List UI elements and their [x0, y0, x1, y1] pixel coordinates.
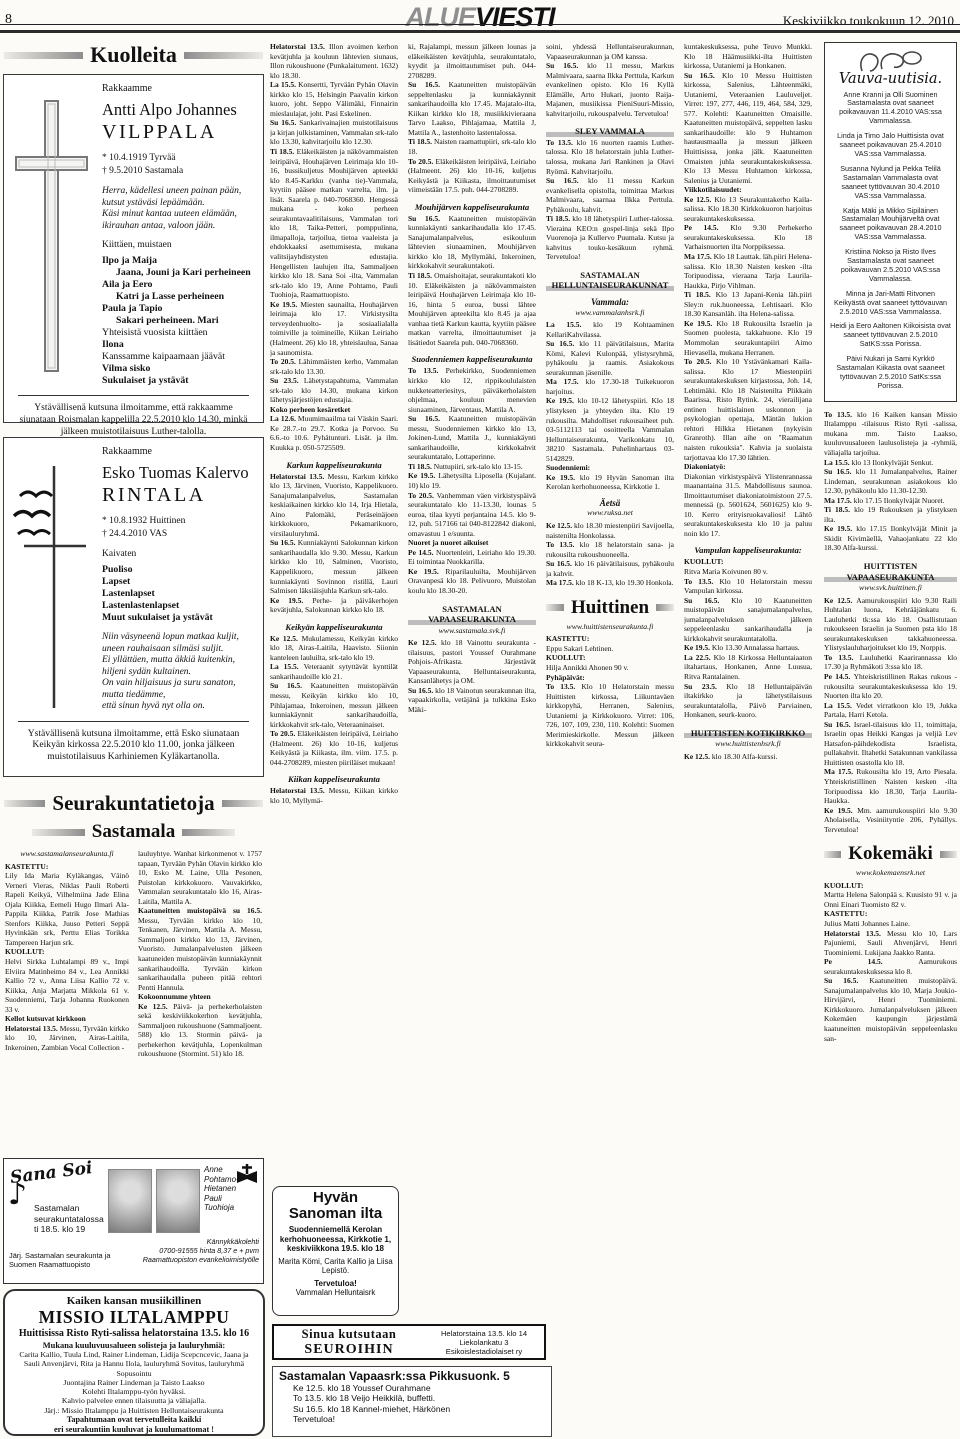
portrait-photo-anne [108, 1169, 152, 1233]
text-paragraph: Eppu Sakari Lehtinen. [546, 644, 674, 654]
obit-first-names: Antti Alpo Johannes [102, 100, 253, 120]
event-paragraph: Helatorstai 13.5. Messu, Karkun kirkko k… [270, 472, 398, 539]
missio-soloists: Carita Kallio, Tuula Lind, Rainer Lindem… [5, 1350, 263, 1378]
event-paragraph: To 20.5. Vanhemman väen virkistyspäivä s… [408, 491, 536, 539]
event-date-lead: Pe 14.5. [824, 957, 918, 966]
obit-dates: * 10.4.1919 Tyrvää † 9.5.2010 Sastamala [102, 152, 253, 178]
locality-heading: Vammala: [546, 298, 674, 308]
hyvan-title-1: Hyvän [273, 1190, 398, 1206]
vauva-title: Vauva-uutisia. [830, 75, 951, 85]
event-date-lead: To 13.5. [824, 653, 860, 662]
event-paragraph: Su 16.5. Sankarivainajien muistotilaisuu… [270, 118, 398, 147]
event-paragraph: Kaatuneitten muistopäivä su 16.5. Messu,… [138, 906, 262, 992]
event-date-lead: Pe 14.5. [408, 548, 436, 557]
missio-iltalamppu-ad: Kaiken kansan musiikillinen MISSIO ILTAL… [3, 1289, 265, 1436]
event-paragraph: Ke 12.5. klo 18.30 miestenpiiri Savijoel… [546, 521, 674, 540]
hyvan-venue: Suodenniemellä Kerolan kerhohuoneessa, K… [273, 1225, 398, 1254]
event-date-lead: Ti 18.5. [824, 505, 854, 514]
event-date-lead: Ke 12.5. [824, 596, 856, 605]
seuroihin-organizer: Esikoislestadiolaiset ry [424, 1347, 544, 1356]
event-date-lead: Su 16.5. [408, 80, 449, 89]
event-paragraph: Ke 19.5. Mm. aamurukouspiiri klo 9.30 Ah… [824, 806, 957, 835]
event-paragraph: Su 23.5. Lähetystapahtuma, Vammalan srk-… [270, 376, 398, 405]
event-paragraph: Helatorstai 13.5. Messu, Kiikan kirkko k… [270, 786, 398, 805]
event-date-lead: Helatorstai 13.5. [5, 1024, 60, 1033]
seuroihin-line-1: Sinua kutsutaan [274, 1327, 424, 1342]
bold-subheading: Kellot kutsuvat kirkkoon [5, 1014, 129, 1024]
header-rule-thin [0, 24, 960, 25]
text-line: To 13.5. klo 18 Veijo Heikkilä, buffetti… [279, 1393, 545, 1403]
birth-announcement: Päivi Nukari ja Sami Kyrkkö Sastamalan K… [830, 355, 951, 391]
event-paragraph: Ti 18.5. klo 18 lähetyspiiri Luther-talo… [546, 214, 674, 262]
hyvan-performers: Marita Kömi, Carita Kallio ja Liisa Lepi… [273, 1257, 398, 1276]
event-paragraph: To 13.5. klo 16 Kaiken kansan Missio Ilt… [824, 410, 957, 458]
text-line: 0700-91555 hinta 8,37 e + pvm [109, 1246, 259, 1255]
bold-subheading: Viikkotilaisuudet: [684, 185, 812, 195]
text-paragraph: lauluyhtye. Wanhat kirkonmenot v. 1757 t… [138, 849, 262, 906]
event-paragraph: To 13.5. klo 16 nuorten raamis Luther-ta… [546, 138, 674, 176]
mourner-line: Muut sukulaiset ja ystävät [102, 612, 253, 624]
text-line: ti 18.5. klo 19 [34, 1224, 104, 1235]
register-label: KUOLLUT: [5, 947, 129, 957]
event-date-lead: La 15.5. [546, 320, 593, 329]
event-paragraph: Pe 14.5. Yhteiskristillinen Rakas rukous… [824, 672, 957, 701]
event-date-lead: To 20.5. [684, 357, 716, 366]
event-date-lead: Ti 18.5. [684, 290, 716, 299]
event-paragraph: La 15.5. Veteraanit sytyttävät kynttilät… [270, 662, 398, 681]
event-paragraph: Ke 19.5. klo 19 Hyvän Sanoman ilta Kerol… [546, 473, 674, 492]
obit-died: † 24.4.2010 VAS [102, 528, 253, 541]
chapel-heading: Karkun kappeliseurakunta [270, 460, 398, 470]
event-date-lead: Ke 19.5. [408, 471, 438, 480]
text-paragraph: kuntakeskuksessa, puhe Teuvo Munkki. Klo… [684, 42, 812, 71]
event-paragraph: To 13.5. Perhekirkko, Suodenniemen kirkk… [408, 366, 536, 414]
newspaper-page: 8 ALUEVIESTI Keskiviikko toukokuun 12. 2… [0, 0, 960, 1439]
mourner-line: Ilona [102, 339, 253, 351]
obit-died: † 9.5.2010 Sastamala [102, 165, 253, 178]
mourner-line: Lastenlapset [102, 588, 253, 600]
birth-announcement: Linda ja Timo Jalo Huittisista ovat saan… [830, 132, 951, 159]
verse-line: että sinun hyvä nyt olla on. [102, 701, 253, 713]
mourner-line: Ilpo ja Maija [102, 255, 253, 267]
event-date-lead: Su 16.5. [684, 71, 722, 80]
obit-dear-label: Rakkaamme [102, 446, 253, 457]
event-paragraph: Ke 12.5. klo 18 Vainottu seurakunta -til… [408, 638, 536, 686]
event-paragraph: To 13.5. Klo 10 Helatorstain messu Vampu… [684, 577, 812, 596]
event-date-lead: Ti 18.5. [408, 137, 434, 146]
missio-kolehti: Kolehti Iltalamppu-työn hyväksi. [5, 1387, 263, 1396]
missio-lineup-label: Mukana kuuluvuusalueen solisteja ja laul… [5, 1341, 263, 1350]
event-paragraph: Helatorstai 13.5. Messu, Tyrvään kirkko … [5, 1024, 129, 1053]
announcements-column-1: Helatorstai 13.5. Illon avoimen kerhon k… [270, 42, 398, 1182]
locality-heading: Äetsä [546, 499, 674, 509]
obit-family-list: Ilpo ja MaijaJaana, Jouni ja Kari perhei… [102, 255, 253, 387]
page-header: 8 ALUEVIESTI Keskiviikko toukokuun 12. 2… [0, 0, 960, 34]
event-paragraph: Ma 17.5. klo 17.15 Ilonkylväjät Nuoret. [824, 496, 957, 506]
event-paragraph: Ke 19.5. Lähetysilta Liposella (Kujalant… [408, 471, 536, 490]
event-paragraph: Ke 19.5. klo 10-12 lähetyspiiri. Klo 18 … [546, 396, 674, 463]
event-date-lead: Ke 12.5. [138, 1002, 173, 1011]
event-paragraph: Ke 12.5. Klo 13 Seurakuntakerho Kaila-sa… [684, 195, 812, 224]
obit-last-name: RINTALA [102, 484, 253, 507]
event-paragraph: Su 16.5. klo 16 päivätilaisuus, pyhäkoul… [546, 559, 674, 578]
obit-born: * 10.8.1932 Huittinen [102, 515, 253, 528]
verse-line: kutsut ystäväsi lepäämään. [102, 198, 253, 210]
event-date-lead: Pe 14.5. [824, 672, 854, 681]
obituary-rintala: Rakkaamme Esko Tuomas Kalervo RINTALA * … [3, 437, 264, 777]
obituary-vilppala: Rakkaamme Antti Alpo Johannes VILPPALA *… [3, 74, 264, 423]
event-paragraph: To 20.5. Lähimmäisten kerho, Vammalan sr… [270, 357, 398, 376]
register-label: KASTETTU: [546, 634, 674, 644]
vapaasrk-welcome: Tervetuloa! [279, 1414, 545, 1424]
event-paragraph: La 15.5. klo 19 Kohtaaminen KellariKahvi… [546, 320, 674, 339]
missio-organizer: Järj.: Missio Iltalamppu ja Huittisten H… [5, 1406, 263, 1415]
event-date-lead: Ke 12.5. [270, 634, 302, 643]
mourner-line: Sakari perheineen. Mari [102, 315, 253, 327]
obit-missing-label: Kaivaten [102, 549, 253, 559]
mourner-line: Paula ja Tapio [102, 303, 253, 315]
obit-verse: Niin väsyneenä lopun matkaa kuljit,uneen… [102, 632, 253, 713]
text-paragraph: Martta Helena Salonpää s. Kuusisto 91 v.… [824, 890, 957, 909]
verse-line: On vain hiljaisuus ja suru sanaton, [102, 678, 253, 690]
mourner-line: Yhteisistä vuosista kiittäen [102, 327, 253, 339]
text-paragraph: soini, yhdessä Helluntaiseurakunnan, Vap… [546, 42, 674, 61]
register-label: KASTETTU: [5, 862, 129, 872]
event-date-lead: Ke 19.5. [270, 300, 300, 309]
event-paragraph: Ti 18.5. klo 19 Rukouksen ja ylistyksen … [824, 505, 957, 524]
website-line: www.huittistenhsrk.fi [684, 739, 812, 749]
event-date-lead: To 13.5. [684, 577, 719, 586]
event-date-lead: Ke 19.5. [684, 643, 712, 652]
header-rule-thick [0, 30, 960, 33]
obit-divider [18, 395, 249, 396]
event-paragraph: Ke 19.5. klo 17.15 Ilonkylväjät Minit ja… [824, 524, 957, 553]
event-date-lead: To 20.5. [408, 157, 436, 166]
sastamala-text-columns: www.sastamalanseurakunta.fiKASTETTU:Lily… [2, 849, 265, 1059]
event-date-lead: La 22.5. [684, 653, 714, 662]
verse-line: ikirauhan antaa, valoon jään. [102, 221, 253, 233]
text-line: Ke 12.5. klo 18 Youssef Ourahmane [279, 1383, 545, 1393]
event-date-lead: Ke 19.5. [684, 319, 716, 328]
text-paragraph: Lily Ida Maria Kyläkangas, Väinö Verneri… [5, 871, 129, 947]
event-date-lead: La 15.5. [270, 80, 298, 89]
event-date-lead: Su 23.5. [270, 376, 304, 385]
verse-line: uneen rauhaisaan silmäsi suljit. [102, 644, 253, 656]
event-paragraph: Ke 12.5. Mukulamessu, Keikyän kirkko klo… [270, 634, 398, 663]
event-date-lead: Ke 19.5. [546, 396, 578, 405]
event-paragraph: Pe 14.5. Klo 9.30 Perhekerho seurakuntak… [684, 223, 812, 252]
seuroihin-details: Helatorstaina 13.5. klo 14 Liekolankatu … [424, 1329, 544, 1356]
event-date-lead: Su 16.5. [270, 681, 311, 690]
bold-subheading: Diakoniatyö: [684, 462, 812, 472]
church-book-logo-icon [234, 1163, 260, 1187]
bold-subheading: Koko perheen kesäretket [270, 405, 398, 415]
event-paragraph: Ma 17.5. klo 18 K-13, klo 19.30 Honkola. [546, 578, 674, 588]
event-date-lead: Ti 18.5. [408, 271, 434, 280]
event-date-lead: La 15.5. [270, 662, 304, 671]
event-date-lead: La 12.6. [270, 414, 298, 423]
event-date-lead: Ke 19.5. [270, 596, 312, 605]
event-date-lead: Ti 18.5. [546, 214, 572, 223]
event-paragraph: Pe 14.5. Aamurukous seurakuntakeskuksess… [824, 957, 957, 976]
event-paragraph: Su 16.5. Klo 10 Kaatuneitten muistopäivä… [684, 596, 812, 644]
chapel-heading: Kiikan kappeliseurakunta [270, 774, 398, 784]
chapel-heading: Vampulan kappeliseurakunta: [684, 545, 812, 555]
cross-3d-icon [12, 95, 94, 375]
event-date-lead: Ma 17.5. [824, 767, 856, 776]
event-date-lead: La 15.5. [824, 458, 852, 467]
seuroihin-ad: Sinua kutsutaan SEUROIHIN Helatorstaina … [272, 1324, 546, 1360]
seurakuntatietoja-section-header: Seurakuntatietoja [4, 791, 263, 816]
right-column-text: To 13.5. klo 16 Kaiken kansan Missio Ilt… [824, 410, 957, 1043]
missio-welcome-1: Tapahtumaan ovat tervetulleita kaikki [5, 1415, 263, 1425]
event-date-lead: Helatorstai 13.5. [824, 929, 887, 938]
vapaasrk-header: Sastamalan Vapaasrk:ssa Pikkusuonk. 5 [279, 1369, 545, 1383]
event-date-lead: To 13.5. [408, 366, 446, 375]
seuroihin-title: Sinua kutsutaan SEUROIHIN [274, 1327, 424, 1358]
website-line: www.vammalanhsrk.fi [546, 308, 674, 318]
event-date-lead: To 13.5. [546, 138, 577, 147]
event-paragraph: Pe 14.5. Nuortenleiri, Leiriaho klo 19.3… [408, 548, 536, 567]
kuolleita-title: Kuolleita [90, 42, 177, 68]
seurakuntatietoja-title: Seurakuntatietoja [52, 791, 214, 816]
event-date-lead: To 20.5. [408, 491, 437, 500]
sana-soi-logo: Sana Soi [9, 1158, 93, 1188]
text-paragraph: Julius Matti Johannes Laine. [824, 919, 957, 929]
issue-date: Keskiviikko toukokuun 12. 2010 [783, 13, 954, 29]
event-date-lead: Su 16.5. [546, 559, 574, 568]
hyvan-organizer: Vammalan Helluntaisrk [273, 1288, 398, 1298]
event-date-lead: To 13.5. [824, 410, 857, 419]
announcements-column-2: ki, Rajalampi, messun jälkeen lounas ja … [408, 42, 536, 1318]
event-date-lead: Ma 17.5. [546, 377, 586, 386]
event-date-lead: Ke 19.5. [408, 567, 445, 576]
event-paragraph: To 20.5. Eläkeikäisten leiripäivä, Leiri… [408, 157, 536, 195]
event-date-lead: Ma 17.5. [546, 578, 576, 587]
seuroihin-where: Liekolankatu 3 [424, 1338, 544, 1347]
event-paragraph: Ke 19.5. Perhe- ja päiväkerhojen kevätju… [270, 596, 398, 615]
event-paragraph: Ke 19.5. Klo 13.30 Annalassa hartaus. [684, 643, 812, 653]
mourner-line: Sukulaiset ja ystävät [102, 375, 253, 387]
birth-announcement: Katja Mäki ja Mikko Sipiläinen Sastamala… [830, 207, 951, 243]
event-date-lead: Ke 12.5. [408, 638, 441, 647]
event-paragraph: Ma 17.5. Klo 18 Lauttak. läh.piiri Helen… [684, 252, 812, 290]
sastamala-left-column: www.sastamalanseurakunta.fiKASTETTU:Lily… [5, 849, 129, 1059]
text-line: Sastamalan [34, 1203, 104, 1214]
mourner-line: Lapset [102, 576, 253, 588]
region-heading: Huittinen [546, 597, 674, 619]
event-date-lead: Helatorstai 13.5. [270, 472, 328, 481]
obit-family-list: PuolisoLapsetLastenlapsetLastenlastenlap… [102, 564, 253, 624]
bold-subheading: Pyhäpäivät: [546, 673, 674, 683]
event-date-lead: To 13.5. [546, 682, 581, 691]
organization-heading: HUITTISTEN VAPAASEURAKUNTA [824, 561, 957, 582]
logo-part-2: VIESTI [475, 2, 555, 32]
event-paragraph: To 13.5. Lauluhetki Kaarirannassa klo 17… [824, 653, 957, 672]
verse-line: mutta tiedämme, [102, 690, 253, 702]
obit-born: * 10.4.1919 Tyrvää [102, 152, 253, 165]
event-paragraph: Su 16.5. Klo 10 Messu Huittisten kirkoss… [684, 71, 812, 186]
event-paragraph: To 13.5. Klo 10 Helatorstain messu Huitt… [546, 682, 674, 749]
vauva-uutisia-box: Vauva-uutisia. Anne Kranni ja Olli Suomi… [824, 42, 957, 402]
verse-line: Niin väsyneenä lopun matkaa kuljit, [102, 632, 253, 644]
event-paragraph: Ke 19.5. Riparilauluilta, Mouhijärven Or… [408, 567, 536, 596]
sastamala-region-header: Sastamala [32, 821, 235, 843]
event-paragraph: Ke 12.5. Aamurukouspiiri klo 9.30 Raili … [824, 596, 957, 653]
event-date-lead: Ke 19.5. [546, 473, 580, 482]
event-date-lead: Su 16.5. [546, 339, 579, 348]
hyvan-title-2: Sanoman ilta [273, 1206, 398, 1222]
missio-venue: Huittisissa Risto Ryti-salissa helatorst… [5, 1328, 263, 1339]
text-line: Tuohioja [204, 1203, 239, 1213]
obit-thanking: Kiittäen, muistaen [102, 240, 253, 250]
announcements-column-3: soini, yhdessä Helluntaiseurakunnan, Vap… [546, 42, 674, 1437]
text-line: Kännykkäkolehti [109, 1237, 259, 1246]
event-paragraph: Su 16.5. klo 18 Vainotun seurakunnan ilt… [408, 686, 536, 715]
text-line: seurakuntatalossa [34, 1214, 104, 1225]
mourner-line: Vilma sisko [102, 363, 253, 375]
event-paragraph: Su 16.5. klo 11 Jumalanpalvelus, Rainer … [824, 467, 957, 496]
logo-part-1: ALUE [405, 2, 475, 32]
event-paragraph: Helatorstai 13.5. Illon avoimen kerhon k… [270, 42, 398, 80]
mourner-line: Lastenlastenlapset [102, 600, 253, 612]
event-paragraph: Ti 18.5. Klo 13 Japani-Kenia läh.piiri S… [684, 290, 812, 319]
missio-welcome-2: eri seurakuntiin kuuluvat ja kuulumattom… [5, 1425, 263, 1435]
event-date-lead: Su 16.5. [546, 61, 587, 70]
obit-verse: Herra, kädellesi uneen painan pään,kutsu… [102, 186, 253, 232]
obit-dear-label: Rakkaamme [102, 83, 253, 94]
text-paragraph: ki, Rajalampi, messun jälkeen lounas ja … [408, 42, 536, 80]
event-paragraph: Ke 12.5. klo 18.30 Alfa-kurssi. [684, 752, 812, 762]
event-date-lead: Pe 14.5. [684, 223, 730, 232]
birth-announcement: Heidi ja Eero Aaltonen Kiikoisista ovat … [830, 322, 951, 349]
event-paragraph: Su 16.5. Kaatuneitten muistopäivä. Sanaj… [824, 976, 957, 1043]
verse-line: Käsi minut kantaa uuteen elämään, [102, 209, 253, 221]
event-date-lead: Su 16.5. [408, 214, 449, 223]
event-date-lead: Su 16.5. [408, 686, 435, 695]
portrait-photo-pauli [156, 1169, 200, 1233]
register-label: KASTETTU: [824, 909, 957, 919]
event-paragraph: Ma 17.5. klo 17.30-18 Tuikekuoron harjoi… [546, 377, 674, 396]
text-line: Järj. Sastamalan seurakunta ja [9, 1251, 110, 1260]
event-paragraph: Su 16.5. Kaatuneitten muistopäivän kunni… [408, 214, 536, 271]
event-paragraph: Ke 12.5. Päivä- ja perhekerholaisten sek… [138, 1002, 262, 1059]
seuroihin-line-2: SEUROIHIN [274, 1342, 424, 1358]
mourner-line: Jaana, Jouni ja Kari perheineen [102, 267, 253, 279]
organization-heading: SASTAMALAN VAPAASEURAKUNTA [408, 604, 536, 625]
event-date-lead: Ke 12.5. [546, 521, 574, 530]
sana-soi-ad: ♪ Sana Soi Sastamalanseurakuntatalossati… [3, 1158, 264, 1284]
text-paragraph: Helvi Sirkka Luhtalampi 89 v., Impi Elvi… [5, 957, 129, 1014]
event-paragraph: Su 16.5. Kaatuneitten muistopäivän seppe… [408, 80, 536, 137]
event-paragraph: Su 16.5. Kaatuneitten muistopäivän messu… [270, 681, 398, 729]
event-paragraph: Su 16.5. Kaatuneitten muistopäivän messu… [408, 414, 536, 462]
event-date-lead: Su 16.5. [408, 414, 449, 423]
event-date-lead: Helatorstai 13.5. [270, 42, 329, 51]
sastamala-right-column: lauluyhtye. Wanhat kirkonmenot v. 1757 t… [138, 849, 262, 1059]
birth-announcement: Susanna Nylund ja Pekka Telilä Sastamala… [830, 165, 951, 201]
region-heading-bars: Kokemäki [824, 843, 957, 865]
website-line: www.huittistenseurakunta.fi [546, 622, 674, 632]
memorial-cross-birds-icon [12, 458, 94, 738]
event-paragraph: Ti 18.5. Nuttupiiri, srk-talo klo 13-15. [408, 462, 536, 472]
bold-subheading: Nuoret ja nuoret aikuiset [408, 538, 536, 548]
website-line: www.kokemaensrk.net [824, 868, 957, 878]
birth-announcement: Kristiina Nokso ja Risto Ilves Sastamala… [830, 248, 951, 284]
missio-line1: Kaiken kansan musiikillinen [5, 1295, 263, 1307]
text-line: Raamattuopiston evankelioimistyölle [109, 1255, 259, 1264]
chapel-heading: Keikyän kappeliseurakunta [270, 622, 398, 632]
bold-subheading: Kokoonnumme yhteen [138, 992, 262, 1002]
announcements-column-4: kuntakeskuksessa, puhe Teuvo Munkki. Klo… [684, 42, 812, 1437]
sana-soi-organizer: Järj. Sastamalan seurakunta jaSuomen Raa… [9, 1251, 110, 1269]
left-column-block: Kuolleita Rakkaamme Antti Alpo Johannes … [2, 42, 265, 1059]
event-paragraph: Su 16.5. Kunniakäynti Salokunnan kirkon … [270, 538, 398, 595]
mourner-line: Aila ja Eero [102, 279, 253, 291]
event-paragraph: Ke 19.5. Miesten saunailta, Houhajärven … [270, 300, 398, 357]
mourner-line: Katri ja Lasse perheineen [102, 291, 253, 303]
event-date-lead: Su 16.5. [270, 538, 298, 547]
event-date-lead: Kaatuneitten muistopäivä su 16.5. [138, 906, 262, 915]
sana-soi-collection-info: Kännykkäkolehti0700-91555 hinta 8,37 e +… [109, 1237, 259, 1264]
register-label: KUOLLUT: [824, 881, 957, 891]
missio-hosts: Juontajina Rainer Lindeman ja Taisto Laa… [5, 1378, 263, 1387]
text-paragraph: Hilja Annikki Ahonen 90 v. [546, 663, 674, 673]
event-paragraph: La 12.6. Muumimaailma tai Väskin Saari. … [270, 414, 398, 452]
text-paragraph: Diakonian virkistyspäivä Ylistenrannassa… [684, 472, 812, 539]
hyvan-welcome: Tervetuloa! [273, 1279, 398, 1288]
region-heading: Kokemäki [824, 843, 957, 865]
website-line: www.ruksa.net [546, 508, 674, 518]
event-date-lead: Ma 17.5. [684, 252, 714, 261]
event-paragraph: Su 23.5. Klo 18 Helluntaipäivän iltakirk… [684, 682, 812, 720]
hyvan-sanoman-ilta-ad: Hyvän Sanoman ilta Suodenniemellä Kerola… [272, 1186, 399, 1316]
event-paragraph: Ma 17.5. Rukousilta klo 19, Arto Piesala… [824, 767, 957, 805]
verse-line: Ei yllättäen, mutta äkkiä kuitenkin, [102, 655, 253, 667]
region-heading-text: Kokemäki [848, 843, 932, 865]
birth-announcement: Anne Kranni ja Olli Suominen Sastamalast… [830, 91, 951, 127]
chapel-heading: Mouhijärven kappeliseurakunta [408, 202, 536, 212]
event-paragraph: La 15.5. Konsertti, Tyrvään Pyhän Olavin… [270, 80, 398, 118]
bold-subheading: Suodenniemi: [546, 463, 674, 473]
event-paragraph: La 15.5. klo 13 Ilonkylväjät Senkut. [824, 458, 957, 468]
event-date-lead: Ke 12.5. [684, 752, 712, 761]
organization-heading: SLEY VAMMALA [546, 126, 674, 137]
website-line: www.sastamalanseurakunta.fi [5, 849, 129, 859]
verse-line: hiljeni sydän kultainen. [102, 667, 253, 679]
kuolleita-section-header: Kuolleita [4, 42, 263, 68]
missio-kahvio: Kahvio palvelee ennen tilaisuutta ja väl… [5, 1396, 263, 1405]
event-paragraph: Ti 18.5. Eläkeikäisten ja näkövammaisten… [270, 147, 398, 300]
event-date-lead: To 20.5. [270, 357, 299, 366]
event-date-lead: Su 16.5. [824, 467, 856, 476]
sana-soi-venue: Sastamalanseurakuntatalossati 18.5. klo … [34, 1203, 104, 1235]
vauva-entries: Anne Kranni ja Olli Suominen Sastamalast… [830, 91, 951, 391]
text-paragraph: Ritva Maria Koivunen 80 v. [684, 567, 812, 577]
verse-line: Herra, kädellesi uneen painan pään, [102, 186, 253, 198]
event-date-lead: Ma 17.5. [824, 496, 854, 505]
event-paragraph: Su 16.5. klo 11 messu Karkun evankelisel… [546, 176, 674, 214]
event-date-lead: Su 16.5. [546, 176, 588, 185]
obit-dates: * 10.8.1932 Huittinen † 24.4.2010 VAS [102, 515, 253, 541]
event-date-lead: Su 16.5. [824, 976, 869, 985]
event-paragraph: To 20.5. Eläkeikäisten leiripäivä, Leiri… [270, 729, 398, 767]
website-line: www.sastamala.svk.fi [408, 626, 536, 636]
event-paragraph: Ke 19.5. Klo 18 Rukousilta Israelin ja S… [684, 319, 812, 357]
text-line: Suomen Raamattuopisto [9, 1260, 110, 1269]
event-date-lead: Su 16.5. [684, 596, 731, 605]
event-date-lead: Ke 19.5. [824, 524, 856, 533]
